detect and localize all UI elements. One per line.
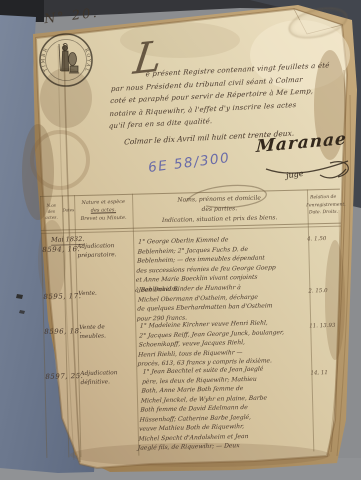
acte-droits: 4. 1.50 xyxy=(307,236,341,243)
scanned-register-page: N° 20. TIMBRE ROYAL xyxy=(0,0,361,480)
header-relation: Relation del'enregistrement.Date. Droits… xyxy=(306,194,341,217)
row-number: 8597, 25. xyxy=(45,372,79,381)
header-nature: Nature et espècedes actes.Brevet ou Minu… xyxy=(75,198,132,223)
acte-nature: Adjudicationpréparatoire. xyxy=(77,242,133,260)
signature-flourish xyxy=(260,153,360,183)
certification-paragraph: e présent Registre contenant vingt feuil… xyxy=(108,58,353,133)
acte-droits: 11. 13.93 xyxy=(309,323,343,330)
svg-text:TIMBRE: TIMBRE xyxy=(37,31,50,72)
acte-droits: 2. 15.0 xyxy=(308,288,342,295)
acte-parties: 1° Madeleine Kirchner veuve Henri Riehl,… xyxy=(137,317,320,369)
minerva-figure-icon xyxy=(59,44,79,73)
row-number: 8594, 16. xyxy=(42,245,76,254)
header-numero: N.osdesactes. xyxy=(40,202,62,221)
acte-number: 8594, xyxy=(42,245,65,254)
repertoire-table: N.osdesactes. Dates Nature et espècedes … xyxy=(40,189,346,462)
header-parties: Noms, prénoms et domiciledes parties.Ind… xyxy=(133,193,306,227)
acte-droits: 14, 11 xyxy=(310,370,344,377)
acte-nature: Adjudicationdéfinitive. xyxy=(80,369,136,387)
row-number: 8595, 17. xyxy=(43,292,77,301)
row-number: 8596, 18. xyxy=(44,327,78,336)
acte-number: 8597, xyxy=(45,372,68,381)
header-dates: Dates xyxy=(62,207,74,212)
acte-parties: 1° Jean Baechtel et suite de Jean Jaeglé… xyxy=(138,363,323,453)
acte-nature: Vente demeubles. xyxy=(79,323,135,341)
acte-nature: Vente. xyxy=(78,289,134,299)
stamp-ring-text-left: TIMBRE xyxy=(37,31,50,72)
acte-number: 8595, xyxy=(43,292,66,301)
notarial-round-stamp: TIMBRE ROYAL xyxy=(37,31,95,89)
acte-number: 8596, xyxy=(44,327,67,336)
